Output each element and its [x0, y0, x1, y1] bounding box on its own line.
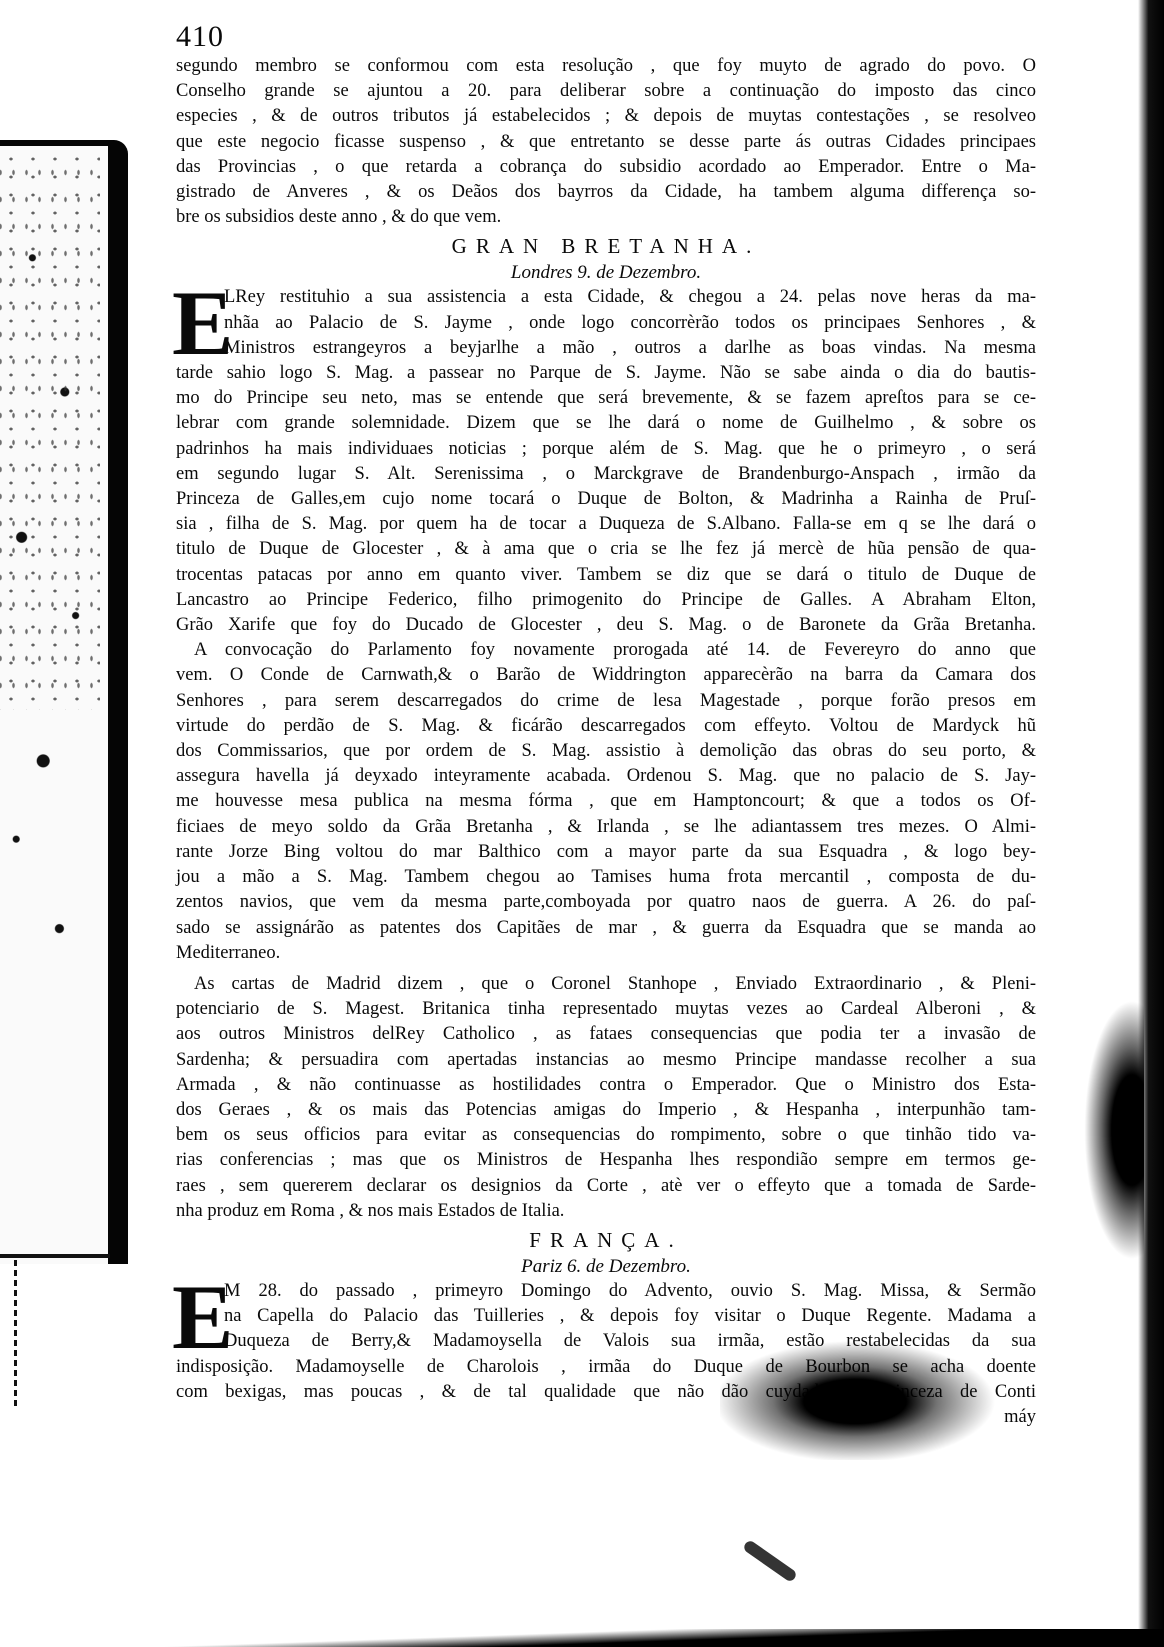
text-line: trocentas patacas por anno em quanto viv…	[176, 563, 1036, 588]
text-line: titulo de Duque de Glocester , & à ama q…	[176, 537, 1036, 562]
continuation-paragraph: segundo membro se conformou com esta res…	[176, 54, 1036, 230]
catchword: máy	[176, 1405, 1036, 1430]
text-line: vem. O Conde de Carnwath,& o Barão de Wi…	[176, 663, 1036, 688]
text-line: gistrado de Anveres , & os Deãos dos bay…	[176, 180, 1036, 205]
drop-cap: E	[172, 1281, 233, 1353]
text-line: Mediterraneo.	[176, 941, 1036, 966]
text-line: Grão Xarife que foy do Ducado de Glocest…	[176, 613, 1036, 638]
scan-left-dotted-mark	[14, 1260, 17, 1410]
text-line: nha produz em Roma , & nos mais Estados …	[176, 1199, 1036, 1224]
text-line: zentos navios, que vem da mesma parte,co…	[176, 890, 1036, 915]
article-paragraph: E LRey restituhio a sua assistencia a es…	[176, 285, 1036, 638]
text-line: mo do Principe seu neto, mas se entende …	[176, 386, 1036, 411]
text-line: lebrar com grande solemnidade. Dizem que…	[176, 411, 1036, 436]
text-line: jou a mão a S. Mag. Tambem chegou ao Tam…	[176, 865, 1036, 890]
text-line: potenciario de S. Magest. Britanica tinh…	[176, 997, 1036, 1022]
text-line: sia , filha de S. Mag. por quem ha de to…	[176, 512, 1036, 537]
text-line: segundo membro se conformou com esta res…	[176, 54, 1036, 79]
scan-bottom-page-edge	[0, 1629, 1164, 1647]
article-paragraph: As cartas de Madrid dizem , que o Corone…	[176, 972, 1036, 1224]
scan-ink-streak	[742, 1539, 798, 1583]
text-line: especies , & de outros tributos já estab…	[176, 104, 1036, 129]
text-line: tarde sahio logo S. Mag. a passear no Pa…	[176, 361, 1036, 386]
text-line: LRey restituhio a sua assistencia a esta…	[176, 285, 1036, 310]
text-line: que este negocio ficasse suspenso , & qu…	[176, 130, 1036, 155]
text-line: Princeza de Galles,em cujo nome tocará o…	[176, 487, 1036, 512]
article-paragraph: E M 28. do passado , primeyro Domingo do…	[176, 1279, 1036, 1405]
text-line: M 28. do passado , primeyro Domingo do A…	[176, 1279, 1036, 1304]
text-line: em segundo lugar S. Alt. Serenissima , o…	[176, 462, 1036, 487]
text-line: indisposição. Madamoyselle de Charolois …	[176, 1355, 1036, 1380]
text-line: rias conferencias ; mas que os Ministros…	[176, 1148, 1036, 1173]
text-line: raes , sem quererem declarar os designio…	[176, 1174, 1036, 1199]
text-line: das Provincias , o que retarda a cobranç…	[176, 155, 1036, 180]
page-number: 410	[176, 22, 1036, 52]
text-line: dos Commissarios, que por ordem de S. Ma…	[176, 739, 1036, 764]
drop-cap: E	[172, 287, 233, 359]
text-line: me houvesse mesa publica na mesma fórma …	[176, 789, 1036, 814]
dateline-londres: Londres 9. de Dezembro.	[176, 261, 1036, 285]
section-heading-franca: FRANÇA.	[176, 1226, 1036, 1255]
dateline-pariz: Pariz 6. de Dezembro.	[176, 1255, 1036, 1279]
text-line: Conselho grande se ajuntou a 20. para de…	[176, 79, 1036, 104]
text-line: Duqueza de Berry,& Madamoysella de Valoi…	[176, 1329, 1036, 1354]
text-line: Armada , & não continuasse as hostilidad…	[176, 1073, 1036, 1098]
text-line: padrinhos ha mais individuaes noticias ;…	[176, 437, 1036, 462]
text-line: assegura havella já deyxado inteyramente…	[176, 764, 1036, 789]
text-line: com bexigas, mas poucas , & de tal quali…	[176, 1380, 1036, 1405]
scan-left-rule	[0, 1254, 110, 1258]
text-line: nhãa ao Palacio de S. Jayme , onde logo …	[176, 311, 1036, 336]
text-line: Lancastro ao Principe Federico, filho pr…	[176, 588, 1036, 613]
scan-right-ink-blot	[1084, 1000, 1144, 1260]
newspaper-page: 410 segundo membro se conformou com esta…	[176, 22, 1036, 1430]
article-paragraph: A convocação do Parlamento foy novamente…	[176, 638, 1036, 966]
text-line: Sardenha; & persuadira com apertadas ins…	[176, 1048, 1036, 1073]
scan-noise-speckles	[0, 150, 100, 710]
text-line: sado se assignárão as patentes dos Capit…	[176, 916, 1036, 941]
text-line: Senhores , para serem descarregados do c…	[176, 689, 1036, 714]
text-line: dos Geraes , & os mais das Potencias ami…	[176, 1098, 1036, 1123]
text-line: A convocação do Parlamento foy novamente…	[176, 638, 1036, 663]
text-line: As cartas de Madrid dizem , que o Corone…	[176, 972, 1036, 997]
section-heading-gran-bretanha: GRAN BRETANHA.	[176, 232, 1036, 261]
text-line: bre os subsidios deste anno , & do que v…	[176, 205, 1036, 230]
text-line: bem os seus officios para evitar as cons…	[176, 1123, 1036, 1148]
text-line: virtude do perdão de S. Mag. & ficárão d…	[176, 714, 1036, 739]
text-line: aos outros Ministros delRey Catholico , …	[176, 1022, 1036, 1047]
scan-right-page-edge	[1138, 0, 1164, 1647]
text-line: rante Jorze Bing voltou do mar Balthico …	[176, 840, 1036, 865]
text-line: na Capella do Palacio das Tuilleries , &…	[176, 1304, 1036, 1329]
text-line: ficiaes de meyo soldo da Grãa Bretanha ,…	[176, 815, 1036, 840]
text-line: Ministros estrangeyros a beyjarlhe a mão…	[176, 336, 1036, 361]
